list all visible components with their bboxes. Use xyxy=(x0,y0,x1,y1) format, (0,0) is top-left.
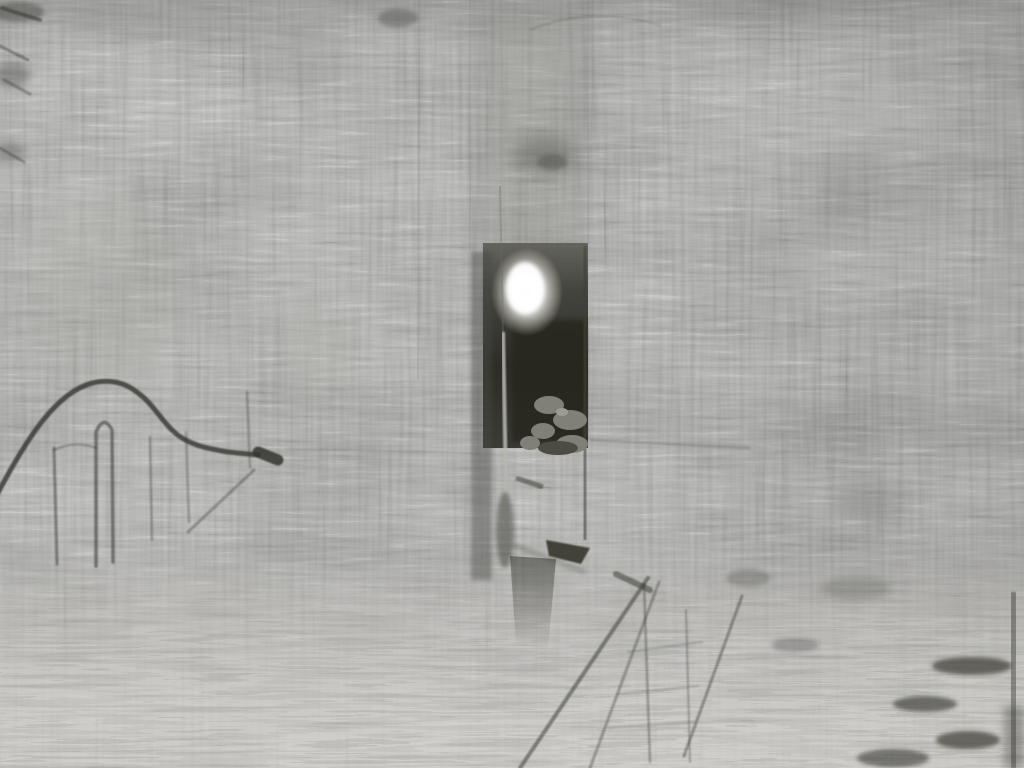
mid-right-smudge xyxy=(822,576,890,600)
dark-blob xyxy=(936,731,1000,749)
dark-blob xyxy=(893,696,957,712)
rubble-stone xyxy=(531,423,555,439)
dark-blob xyxy=(771,638,819,652)
dark-blob xyxy=(857,749,929,767)
right-edge-pool xyxy=(1004,706,1024,768)
rubble-stone xyxy=(520,436,540,450)
light-patch xyxy=(275,300,365,400)
mid-right-smudge xyxy=(833,484,917,520)
rubble-stone-shadow xyxy=(538,441,578,455)
doorway-left-jamb xyxy=(471,252,492,580)
light-patch xyxy=(15,185,195,385)
dark-blob xyxy=(932,657,1012,675)
arch-end-knot xyxy=(258,452,278,460)
seam xyxy=(418,0,419,380)
doorway-right-jamb xyxy=(584,246,586,540)
doorway-glow-core xyxy=(506,262,544,314)
rubble-stone-highlight xyxy=(556,408,568,416)
top-center-smudge-core xyxy=(537,154,567,170)
doorway-shadow-tail xyxy=(510,556,556,650)
scaffold-top-smudge xyxy=(726,569,770,587)
glitch-textile-image xyxy=(0,0,1024,768)
top-vignette xyxy=(0,0,1024,48)
scene-svg xyxy=(0,0,1024,768)
